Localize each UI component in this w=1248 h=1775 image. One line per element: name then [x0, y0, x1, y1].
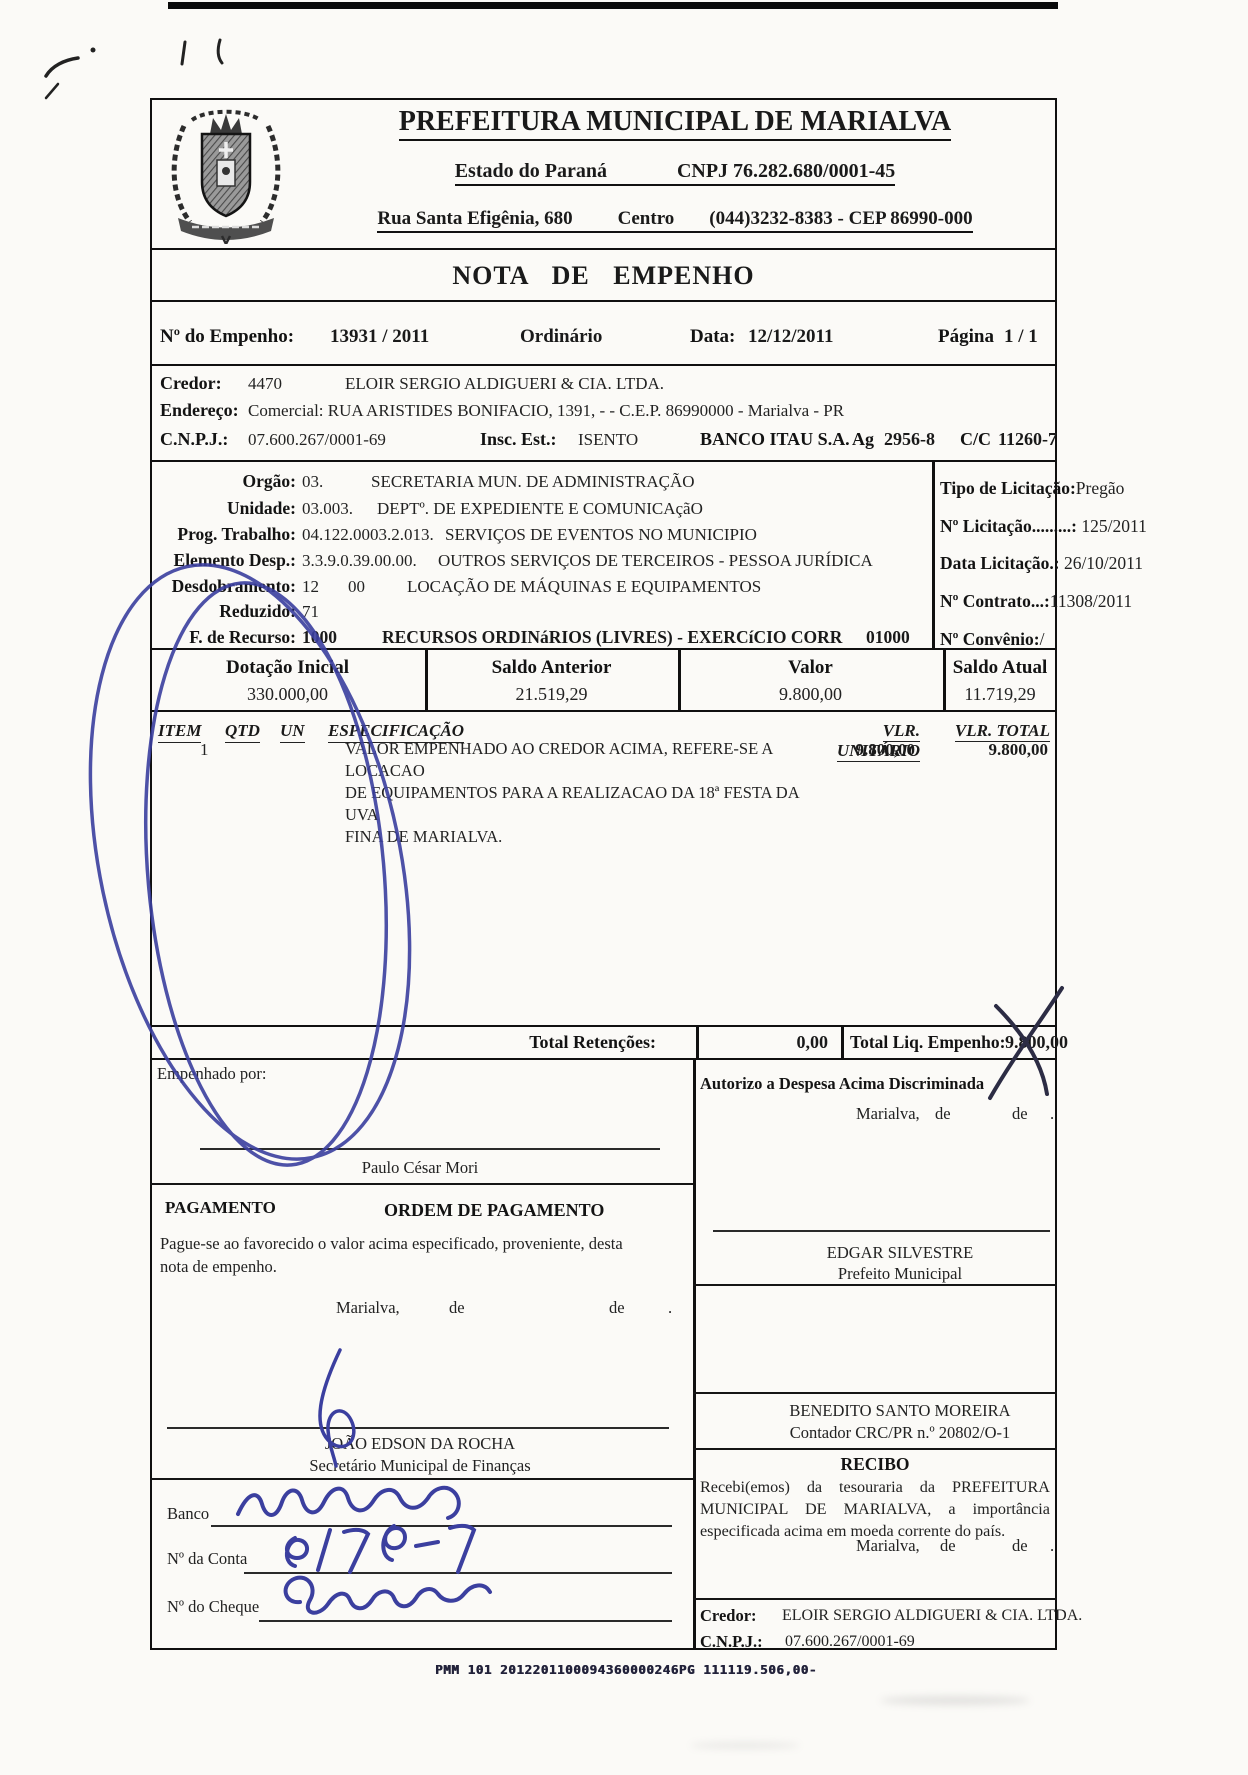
assinatura1-nome: Paulo César Mori	[250, 1158, 590, 1178]
divider	[693, 1284, 1057, 1286]
credor-nome: ELOIR SERGIO ALDIGUERI & CIA. LTDA.	[345, 374, 664, 394]
conta-line	[244, 1572, 672, 1574]
un-col-header: UN	[280, 721, 305, 743]
dotacao-inicial-valor: 330.000,00	[150, 684, 425, 705]
num-contrato: 11308/2011	[1050, 591, 1132, 611]
reduzido-codigo: 71	[302, 602, 319, 622]
saldo-anterior-label: Saldo Anterior	[425, 657, 678, 679]
empenho-data: 12/12/2011	[748, 326, 834, 348]
empenhado-por-label: Empenhado por:	[157, 1064, 267, 1084]
empenho-data-label: Data:	[690, 326, 735, 348]
totais-divider	[841, 1025, 844, 1060]
orcamento-licitacao-divider	[932, 462, 935, 650]
autorizo-de2: de	[1012, 1104, 1028, 1124]
header-estado: Estado do Paraná	[455, 160, 607, 182]
prog-trabalho-label: Prog. Trabalho:	[150, 524, 296, 545]
header-cnpj: CNPJ 76.282.680/0001-45	[677, 160, 895, 182]
header-endereco: Rua Santa Efigênia, 680	[377, 208, 572, 229]
saldo-atual-valor: 11.719,29	[943, 684, 1057, 705]
divider	[150, 1183, 693, 1185]
desdobramento-label: Desdobramento:	[150, 576, 296, 597]
num-convenio-label: Nº Convênio:	[940, 629, 1040, 649]
fonte-recurso-descricao: RECURSOS ORDINáRIOS (LIVRES) - EXERCíCIO…	[382, 627, 842, 648]
tipo-licitacao-row: Tipo de Licitação:Pregão	[940, 478, 1124, 499]
header-bairro: Centro	[618, 208, 675, 229]
saldo-anterior-valor: 21.519,29	[425, 684, 678, 705]
pagamento-cidade: Marialva,	[336, 1298, 400, 1318]
tipo-licitacao: Pregão	[1076, 478, 1125, 498]
credor-endereco: Comercial: RUA ARISTIDES BONIFACIO, 1391…	[248, 401, 844, 421]
prog-trabalho-codigo: 04.122.0003.2.013.	[302, 525, 434, 545]
signature-line	[167, 1427, 669, 1429]
cc-numero: 11260-7	[998, 429, 1057, 450]
banco-line	[211, 1525, 672, 1527]
totais-divider	[696, 1025, 699, 1060]
scan-artifact-top-line	[168, 2, 1058, 9]
credor-banco: BANCO ITAU S.A.	[700, 429, 850, 450]
prog-trabalho-descricao: SERVIÇOS DE EVENTOS NO MUNICIPIO	[445, 525, 757, 545]
desdobramento-codigo2: 00	[348, 577, 365, 597]
header-fone-cep: (044)3232-8383 - CEP 86990-000	[709, 208, 972, 229]
prefeito-nome: EDGAR SILVESTRE	[750, 1243, 1050, 1263]
valor-label: Valor	[678, 657, 943, 679]
fonte-recurso-codigo: 1000	[302, 627, 337, 648]
prefeito-cargo: Prefeito Municipal	[750, 1264, 1050, 1284]
agencia: 2956-8	[884, 429, 935, 450]
divider	[693, 1598, 1057, 1600]
tipo-licitacao-label: Tipo de Licitação:	[940, 478, 1076, 498]
data-licitacao-row: Data Licitação.: 26/10/2011	[940, 553, 1143, 574]
item-vlr-unitario: 9.800,00	[810, 740, 915, 760]
scan-smudge	[690, 1742, 800, 1749]
pagamento-texto: Pague-se ao favorecido o valor acima esp…	[160, 1232, 690, 1278]
credor-cnpj: 07.600.267/0001-69	[248, 430, 386, 450]
valor-valor: 9.800,00	[678, 684, 943, 705]
autorizo-cidade: Marialva,	[856, 1104, 920, 1124]
num-contrato-label: Nº Contrato...:	[940, 591, 1050, 611]
recibo-de2: de	[1012, 1536, 1028, 1556]
assinatura2-nome: JOÃO EDSON DA ROCHA	[240, 1434, 600, 1454]
contador-cargo: Contador CRC/PR n.º 20802/O-1	[750, 1423, 1050, 1443]
signature-line	[200, 1148, 660, 1150]
num-contrato-row: Nº Contrato...:11308/2011	[940, 591, 1132, 612]
recibo-cnpj: 07.600.267/0001-69	[785, 1633, 915, 1651]
recibo-credor-label: Credor:	[700, 1606, 757, 1626]
cheque-label: Nº do Cheque	[167, 1597, 259, 1617]
item-col-header: ITEM	[158, 721, 201, 743]
autorizo-titulo: Autorizo a Despesa Acima Discriminada	[700, 1074, 984, 1094]
document-title: NOTA DE EMPENHO	[150, 261, 1057, 291]
header-title-row: PREFEITURA MUNICIPAL DE MARIALVA	[300, 106, 1050, 138]
orgao-codigo: 03.	[302, 472, 323, 492]
num-licitacao-label: Nº Licitação.........:	[940, 516, 1077, 536]
nota-de-empenho-document: PREFEITURA MUNICIPAL DE MARIALVA Estado …	[0, 0, 1248, 1775]
pagamento-de2: de	[609, 1298, 625, 1318]
item-numero: 1	[200, 740, 209, 760]
pagamento-de1: de	[449, 1298, 465, 1318]
unidade-descricao: DEPTº. DE EXPEDIENTE E COMUNICAçãO	[377, 499, 703, 519]
insc-est-label: Insc. Est.:	[480, 429, 557, 450]
elemento-desp-codigo: 3.3.9.0.39.00.00.	[302, 551, 417, 571]
pagamento-ponto: .	[668, 1298, 672, 1318]
insc-est: ISENTO	[578, 430, 638, 450]
num-licitacao: 125/2011	[1081, 516, 1146, 536]
contador-nome: BENEDITO SANTO MOREIRA	[750, 1401, 1050, 1421]
item-vlr-total: 9.800,00	[950, 740, 1048, 760]
empenho-numero: 13931 / 2011	[330, 326, 429, 348]
divider	[150, 1478, 693, 1480]
empenho-tipo: Ordinário	[520, 326, 602, 348]
item-especificacao: VALOR EMPENHADO AO CREDOR ACIMA, REFERE-…	[345, 738, 825, 848]
fonte-recurso-extra: 01000	[866, 627, 910, 648]
total-liq-valor: 9.800,00	[990, 1032, 1068, 1053]
elemento-desp-descricao: OUTROS SERVIÇOS DE TERCEIROS - PESSOA JU…	[438, 551, 873, 571]
num-convenio-row: Nº Convênio:/	[940, 629, 1044, 650]
num-licitacao-row: Nº Licitação.........: 125/2011	[940, 516, 1147, 537]
vlr-total-col-header: VLR. TOTAL	[953, 721, 1050, 741]
cc-label: C/C	[960, 429, 991, 450]
recibo-texto: Recebi(emos) da tesouraria da PREFEITURA…	[700, 1476, 1050, 1542]
recibo-cnpj-label: C.N.P.J.:	[700, 1632, 763, 1652]
pen-marks-top-left	[46, 40, 222, 98]
credor-codigo: 4470	[248, 374, 282, 394]
signature-line	[713, 1230, 1050, 1232]
scan-smudge	[880, 1696, 1030, 1705]
divider	[693, 1448, 1057, 1450]
assinatura2-cargo: Secretário Municipal de Finanças	[240, 1456, 600, 1476]
ordem-pagamento-titulo: ORDEM DE PAGAMENTO	[384, 1200, 604, 1221]
header-endereco-row: Rua Santa Efigênia, 680Centro(044)3232-8…	[300, 208, 1050, 230]
num-convenio: /	[1040, 629, 1045, 649]
recibo-ponto: .	[1050, 1536, 1054, 1556]
qtd-col-header: QTD	[225, 721, 260, 743]
data-licitacao-label: Data Licitação.:	[940, 553, 1060, 573]
colunas-divider	[693, 1060, 696, 1650]
reduzido-label: Reduzido:	[150, 601, 296, 622]
recibo-titulo: RECIBO	[693, 1454, 1057, 1475]
dot-matrix-print: PMM 101 2012201100094360000246PG 111119.…	[435, 1662, 817, 1677]
agencia-label: Ag	[852, 429, 874, 450]
credor-endereco-label: Endereço:	[160, 400, 239, 421]
fonte-recurso-label: F. de Recurso:	[150, 627, 296, 648]
empenho-numero-label: Nº do Empenho:	[160, 326, 294, 348]
divider	[693, 1392, 1057, 1394]
autorizo-de1: de	[935, 1104, 951, 1124]
coat-of-arms-logo	[162, 104, 290, 244]
autorizo-ponto: .	[1050, 1104, 1054, 1124]
total-retencoes-valor: 0,00	[700, 1032, 828, 1053]
cheque-line	[259, 1620, 672, 1622]
empenho-pagina: 1 / 1	[1004, 326, 1038, 348]
desdobramento-descricao: LOCAÇÃO DE MÁQUINAS E EQUIPAMENTOS	[407, 577, 761, 597]
total-retencoes-label: Total Retenções:	[400, 1032, 656, 1053]
recibo-credor: ELOIR SERGIO ALDIGUERI & CIA. LTDA.	[782, 1607, 1082, 1625]
empenho-pagina-label: Página	[938, 326, 994, 348]
unidade-codigo: 03.003.	[302, 499, 353, 519]
recibo-cidade: Marialva,	[856, 1536, 920, 1556]
page-title: PREFEITURA MUNICIPAL DE MARIALVA	[399, 106, 952, 141]
orgao-label: Orgão:	[150, 471, 296, 492]
recibo-de1: de	[940, 1536, 956, 1556]
saldo-atual-label: Saldo Atual	[943, 657, 1057, 679]
desdobramento-codigo: 12	[302, 577, 319, 597]
orgao-descricao: SECRETARIA MUN. DE ADMINISTRAÇÃO	[371, 472, 695, 492]
elemento-desp-label: Elemento Desp.:	[150, 550, 296, 571]
total-liq-label: Total Liq. Empenho:	[850, 1032, 1005, 1053]
credor-cnpj-label: C.N.P.J.:	[160, 429, 228, 450]
pagamento-titulo: PAGAMENTO	[165, 1198, 276, 1218]
credor-label: Credor:	[160, 373, 222, 394]
unidade-label: Unidade:	[150, 498, 296, 519]
banco-label: Banco	[167, 1504, 209, 1524]
header-estado-row: Estado do ParanáCNPJ 76.282.680/0001-45	[300, 160, 1050, 183]
dotacao-inicial-label: Dotação Inicial	[150, 657, 425, 679]
conta-label: Nº da Conta	[167, 1549, 247, 1569]
data-licitacao: 26/10/2011	[1064, 553, 1143, 573]
